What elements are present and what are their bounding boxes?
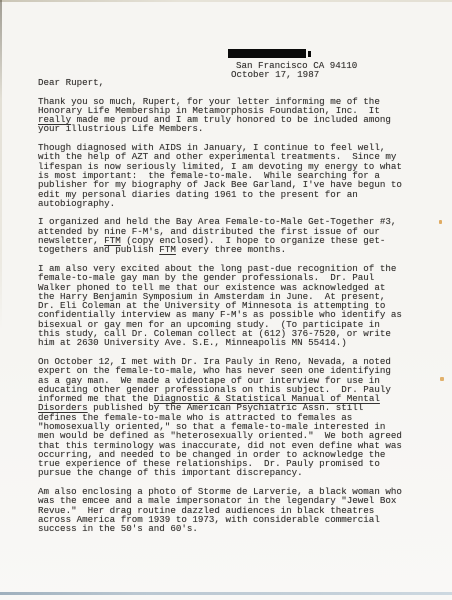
- paragraph: I organized and held the Bay Area Female…: [38, 217, 438, 254]
- scan-left-edge: [0, 0, 2, 330]
- letter-line: your illustrious Life Members.: [38, 124, 438, 133]
- letter-body-paragraphs: Thank you so much, Rupert, for your lett…: [38, 97, 438, 534]
- scan-bottom-edge: [0, 592, 452, 595]
- paragraph: Though diagnosed with AIDS in January, I…: [38, 143, 438, 208]
- letter-line: autobiography.: [38, 199, 438, 208]
- redacted-address-bar: [228, 49, 306, 58]
- redaction-sliver: [308, 51, 311, 57]
- letter-line: success in the 50's and 60's.: [38, 524, 438, 533]
- paragraph: Am also enclosing a photo of Storme de L…: [38, 487, 438, 533]
- letter-line: togethers and publish FTM every three mo…: [38, 245, 438, 254]
- paragraph: Thank you so much, Rupert, for your lett…: [38, 97, 438, 134]
- scan-top-edge: [0, 0, 452, 2]
- salutation: Dear Rupert,: [38, 78, 438, 87]
- paragraph: On October 12, I met with Dr. Ira Pauly …: [38, 357, 438, 478]
- scan-speck: [440, 377, 444, 381]
- letter-body: Dear Rupert, Thank you so much, Rupert, …: [38, 78, 438, 543]
- scanned-letter-page: { "colors": { "paper": "#f6f5f2", "ink":…: [0, 0, 452, 600]
- underlined-text: FTM: [159, 244, 176, 255]
- letter-header: San Francisco CA 94110 October 17, 1987: [228, 49, 357, 80]
- scan-speck: [439, 220, 442, 224]
- letter-line: him at 2630 University Ave. S.E., Minnea…: [38, 338, 438, 347]
- letter-line: pursue the change of this important disc…: [38, 468, 438, 477]
- paragraph: I am also very excited about the long pa…: [38, 264, 438, 348]
